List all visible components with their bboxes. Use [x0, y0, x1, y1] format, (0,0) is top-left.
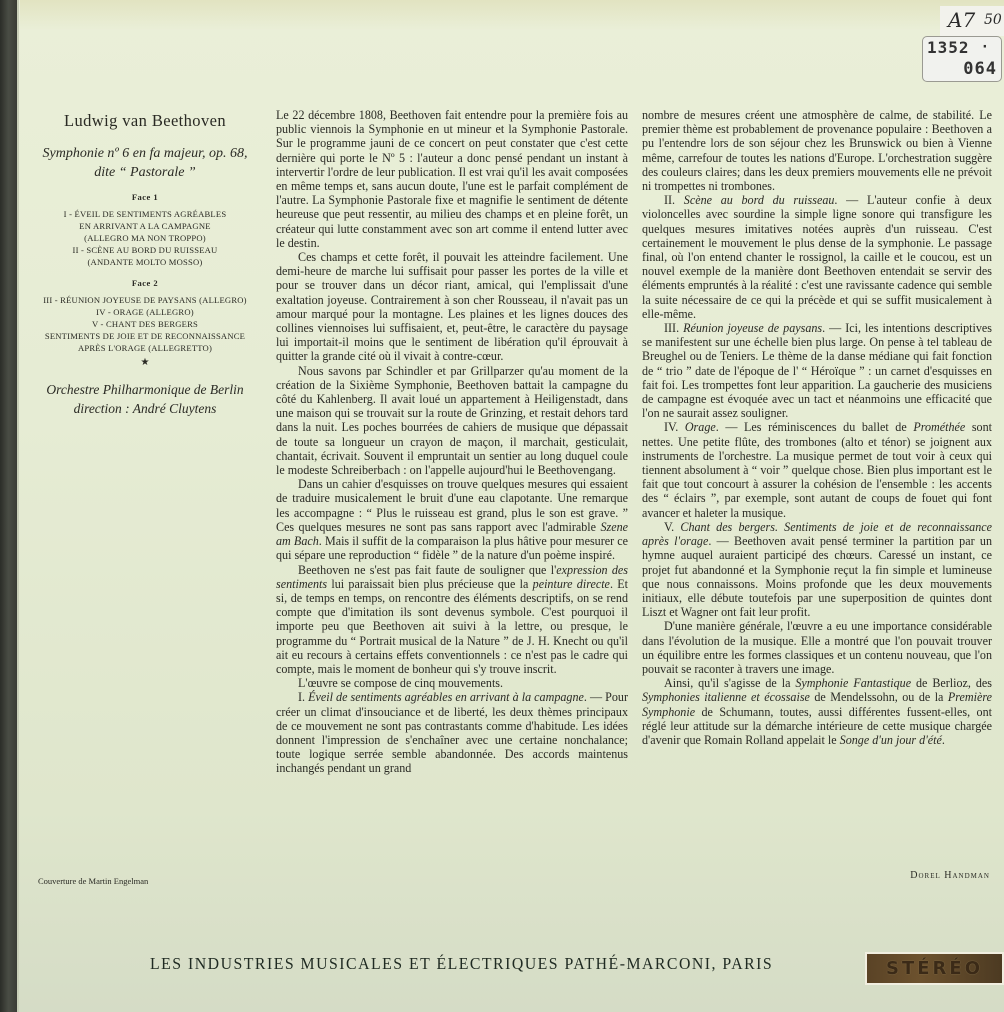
track-line: en arrivant a la campagne: [30, 220, 260, 232]
paragraph: Nous savons par Schindler et par Grillpa…: [276, 364, 628, 478]
text-run: II.: [664, 193, 684, 207]
paragraph: Dans un cahier d'esquisses on trouve que…: [276, 477, 628, 562]
stereo-label: STÉRÉO: [886, 958, 983, 979]
text-run: de Mendelssohn, ou de la: [810, 690, 948, 704]
track-line: V - Chant des bergers: [30, 318, 260, 330]
text-run: Ainsi, qu'il s'agisse de la: [664, 676, 795, 690]
work-title: Symphonie nº 6 en fa majeur, op. 68, dit…: [30, 144, 260, 182]
paragraph: Ainsi, qu'il s'agisse de la Symphonie Fa…: [642, 676, 992, 747]
text-run: V.: [664, 520, 680, 534]
handwritten-code: A7: [948, 8, 975, 32]
catalog-number-top: 1352: [927, 38, 970, 57]
track-line: après l'orage (Allegretto): [30, 342, 260, 354]
text-run: de Berlioz, des: [911, 676, 992, 690]
text-run: . — L'auteur confie à deux violoncelles …: [642, 193, 992, 321]
paragraph: L'œuvre se compose de cinq mouvements.: [276, 676, 628, 690]
title-italic: Symphonie Fantastique: [795, 676, 911, 690]
handwritten-note: A7 50: [940, 6, 1004, 36]
track-line: (Andante molto mosso): [30, 256, 260, 268]
text-run: Dans un cahier d'esquisses on trouve que…: [276, 477, 628, 534]
liner-notes-column-1: Le 22 décembre 1808, Beethoven fait ente…: [276, 108, 628, 776]
orchestra-name: Orchestre Philharmonique de Berlin: [30, 380, 260, 399]
work-title-line-2: dite “ Pastorale ”: [30, 163, 260, 182]
title-italic: Songe d'un jour d'été: [840, 733, 942, 747]
paragraph: Ces champs et cette forêt, il pouvait le…: [276, 250, 628, 364]
paragraph: Beethoven ne s'est pas fait faute de sou…: [276, 563, 628, 677]
track-line: II - Scène au bord du ruisseau: [30, 244, 260, 256]
title-italic: peinture directe: [533, 577, 610, 591]
text-run: Beethoven ne s'est pas fait faute de sou…: [298, 563, 556, 577]
text-run: III.: [664, 321, 683, 335]
catalog-sticker: 1352 · 064: [922, 36, 1002, 82]
paragraph: III. Réunion joyeuse de paysans. — Ici, …: [642, 321, 992, 420]
movement-title: Orage: [685, 420, 716, 434]
star-ornament: ★: [30, 357, 260, 368]
text-run: . Et si, de temps en temps, on rencontre…: [276, 577, 628, 676]
composer-name: Ludwig van Beethoven: [30, 110, 260, 132]
performers: Orchestre Philharmonique de Berlin direc…: [30, 380, 260, 418]
conductor-name: direction : André Cluytens: [30, 399, 260, 418]
catalog-separator: ·: [981, 39, 989, 55]
text-run: IV.: [664, 420, 685, 434]
face-1-tracklist: I - Éveil de sentiments agréables en arr…: [30, 208, 260, 268]
text-run: .: [942, 733, 945, 747]
album-info-column: Ludwig van Beethoven Symphonie nº 6 en f…: [30, 110, 260, 418]
paper-stain: [20, 0, 1004, 30]
sleeve-spine: [0, 0, 17, 1012]
face-2-tracklist: III - Réunion joyeuse de paysans (Allegr…: [30, 294, 260, 354]
track-line: Sentiments de joie et de reconnaissance: [30, 330, 260, 342]
face-2-label: Face 2: [30, 278, 260, 288]
paragraph: IV. Orage. — Les réminiscences du ballet…: [642, 420, 992, 519]
paragraph: II. Scène au bord du ruisseau. — L'auteu…: [642, 193, 992, 321]
title-italic: Prométhée: [913, 420, 965, 434]
movement-title: Réunion joyeuse de paysans: [683, 321, 822, 335]
author-signature: Dorel Handman: [830, 870, 990, 881]
cover-credit: Couverture de Martin Engelman: [38, 876, 148, 886]
catalog-number-bottom: 064: [963, 59, 997, 79]
face-1-label: Face 1: [30, 192, 260, 202]
text-run: . Mais il suffit de la comparaison la pl…: [276, 534, 628, 562]
paragraph: I. Éveil de sentiments agréables en arri…: [276, 690, 628, 775]
liner-notes-column-2: nombre de mesures créent une atmosphère …: [642, 108, 992, 747]
work-title-line-1: Symphonie nº 6 en fa majeur, op. 68,: [30, 144, 260, 163]
movement-title: Éveil de sentiments agréables en arrivan…: [308, 690, 584, 704]
spine-edge: [17, 0, 19, 1012]
track-line: IV - Orage (Allegro): [30, 306, 260, 318]
publisher-line: LES INDUSTRIES MUSICALES ET ÉLECTRIQUES …: [150, 954, 820, 974]
text-run: I.: [298, 690, 308, 704]
track-line: III - Réunion joyeuse de paysans (Allegr…: [30, 294, 260, 306]
text-run: . — Ici, les intentions descriptives se …: [642, 321, 992, 420]
paragraph: V. Chant des bergers. Sentiments de joie…: [642, 520, 992, 619]
text-run: sont nettes. Une petite flûte, des tromb…: [642, 420, 992, 519]
title-italic: Symphonies italienne et écossaise: [642, 690, 810, 704]
text-run: lui paraissait bien plus précieuse que l…: [327, 577, 533, 591]
text-run: . — Les réminiscences du ballet de: [716, 420, 914, 434]
track-line: (Allegro ma non troppo): [30, 232, 260, 244]
paragraph: D'une manière générale, l'œuvre a eu une…: [642, 619, 992, 676]
paragraph: Le 22 décembre 1808, Beethoven fait ente…: [276, 108, 628, 250]
stereo-badge: STÉRÉO: [865, 952, 1004, 985]
movement-title: Scène au bord du ruisseau: [684, 193, 835, 207]
handwritten-number: 50: [984, 12, 1002, 28]
track-line: I - Éveil de sentiments agréables: [30, 208, 260, 220]
paragraph: nombre de mesures créent une atmosphère …: [642, 108, 992, 193]
